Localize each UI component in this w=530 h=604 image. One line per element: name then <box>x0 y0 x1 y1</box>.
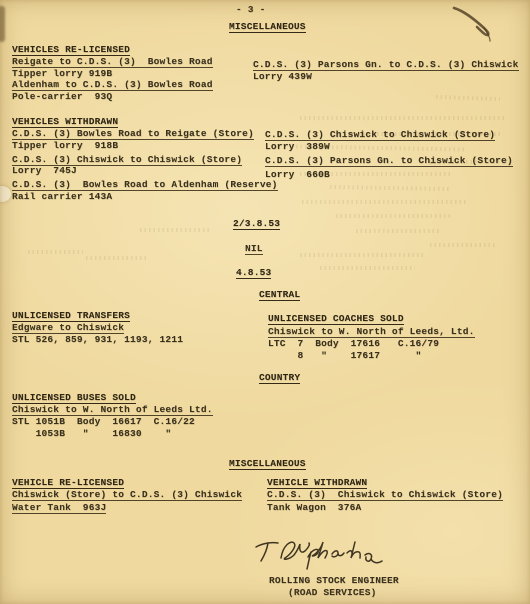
vehicle-line: Lorry 660B <box>265 169 330 180</box>
vehicle-line: Lorry 745J <box>12 165 77 176</box>
vehicles-relicensed-heading: VEHICLES RE-LICENSED <box>12 44 130 56</box>
route-line: Chiswick to W. North of Leeds Ltd. <box>12 404 213 416</box>
route-line: Aldenham to C.D.S. (3) Bowles Road <box>12 79 213 91</box>
vehicle-line: Tank Wagon 376A <box>267 502 361 513</box>
vehicle-line: Tipper lorry 919B <box>12 68 112 79</box>
scan-edge-smudge <box>0 6 5 42</box>
route-line: Edgware to Chiswick <box>12 322 124 334</box>
bleed-through-artifact <box>28 250 83 254</box>
vehicle-line: Water Tank 963J <box>12 502 106 514</box>
bleed-through-artifact <box>430 243 495 247</box>
vehicle-line: Rail carrier 143A <box>12 191 112 202</box>
document-page: - 3 - MISCELLANEOUS VEHICLES RE-LICENSED… <box>0 0 530 604</box>
vehicle-withdrawn-heading: VEHICLE WITHDRAWN <box>267 477 367 489</box>
signature-dept: (ROAD SERVICES) <box>288 587 377 598</box>
route-line: C.D.S. (3) Bowles Road to Aldenham (Rese… <box>12 179 278 191</box>
central-heading: CENTRAL <box>259 289 300 301</box>
handwritten-signature: T.Shephard <box>248 534 398 572</box>
route-line: Chiswick (Store) to C.D.S. (3) Chiswick <box>12 489 242 501</box>
route-line: C.D.S. (3) Parsons Gn. to Chiswick (Stor… <box>265 155 513 167</box>
hole-punch-mark <box>0 186 11 202</box>
vehicle-line: Lorry 389W <box>265 141 330 152</box>
bleed-through-artifact <box>436 95 500 101</box>
route-line: Chiswick to W. North of Leeds, Ltd. <box>268 326 475 338</box>
table-row: 1053B " 16830 " <box>12 428 171 439</box>
vehicles-withdrawn-heading: VEHICLES WITHDRAWN <box>12 116 118 128</box>
bleed-through-artifact <box>300 253 425 257</box>
unlicensed-coaches-sold-heading: UNLICENSED COACHES SOLD <box>268 313 404 325</box>
section-title-miscellaneous: MISCELLANEOUS <box>229 21 306 33</box>
ink-pen-mark <box>440 2 520 62</box>
unlicensed-transfers-heading: UNLICENSED TRANSFERS <box>12 310 130 322</box>
vehicle-line: Tipper lorry 918B <box>12 140 118 151</box>
bleed-through-artifact <box>86 256 148 260</box>
signature-role: ROLLING STOCK ENGINEER <box>269 575 399 586</box>
table-row: LTC 7 Body 17616 C.16/79 <box>268 338 439 349</box>
table-row: STL 1051B Body 16617 C.16/22 <box>12 416 195 427</box>
route-line: C.D.S. (3) Bowles Road to Reigate (Store… <box>12 128 254 140</box>
nil-entry: NIL <box>245 243 263 255</box>
bleed-through-artifact <box>330 185 450 191</box>
date-heading: 4.8.53 <box>236 267 271 279</box>
route-line: C.D.S. (3) Parsons Gn. to C.D.S. (3) Chi… <box>253 59 519 71</box>
fleet-numbers-line: STL 526, 859, 931, 1193, 1211 <box>12 334 183 345</box>
route-line: C.D.S. (3) Chiswick to Chiswick (Store) <box>265 129 495 141</box>
vehicle-relicensed-heading: VEHICLE RE-LICENSED <box>12 477 124 489</box>
page-number: - 3 - <box>236 4 266 15</box>
signature-strokes <box>248 534 398 572</box>
route-line: Reigate to C.D.S. (3) Bowles Road <box>12 56 213 68</box>
bleed-through-artifact <box>302 200 467 204</box>
vehicle-line: Lorry 439W <box>253 71 312 82</box>
bleed-through-artifact <box>320 266 415 270</box>
unlicensed-buses-sold-heading: UNLICENSED BUSES SOLD <box>12 392 136 404</box>
bleed-through-artifact <box>356 229 441 233</box>
country-heading: COUNTRY <box>259 372 300 384</box>
bleed-through-artifact <box>300 116 505 120</box>
vehicle-line: Pole-carrier 93Q <box>12 91 112 102</box>
table-row: 8 " 17617 " <box>268 350 421 361</box>
date-range-heading: 2/3.8.53 <box>233 218 280 230</box>
bleed-through-artifact <box>336 214 451 218</box>
route-line: C.D.S. (3) Chiswick to Chiswick (Store) <box>267 489 503 501</box>
bleed-through-artifact <box>140 228 210 232</box>
section-title-miscellaneous-bottom: MISCELLANEOUS <box>229 458 306 470</box>
